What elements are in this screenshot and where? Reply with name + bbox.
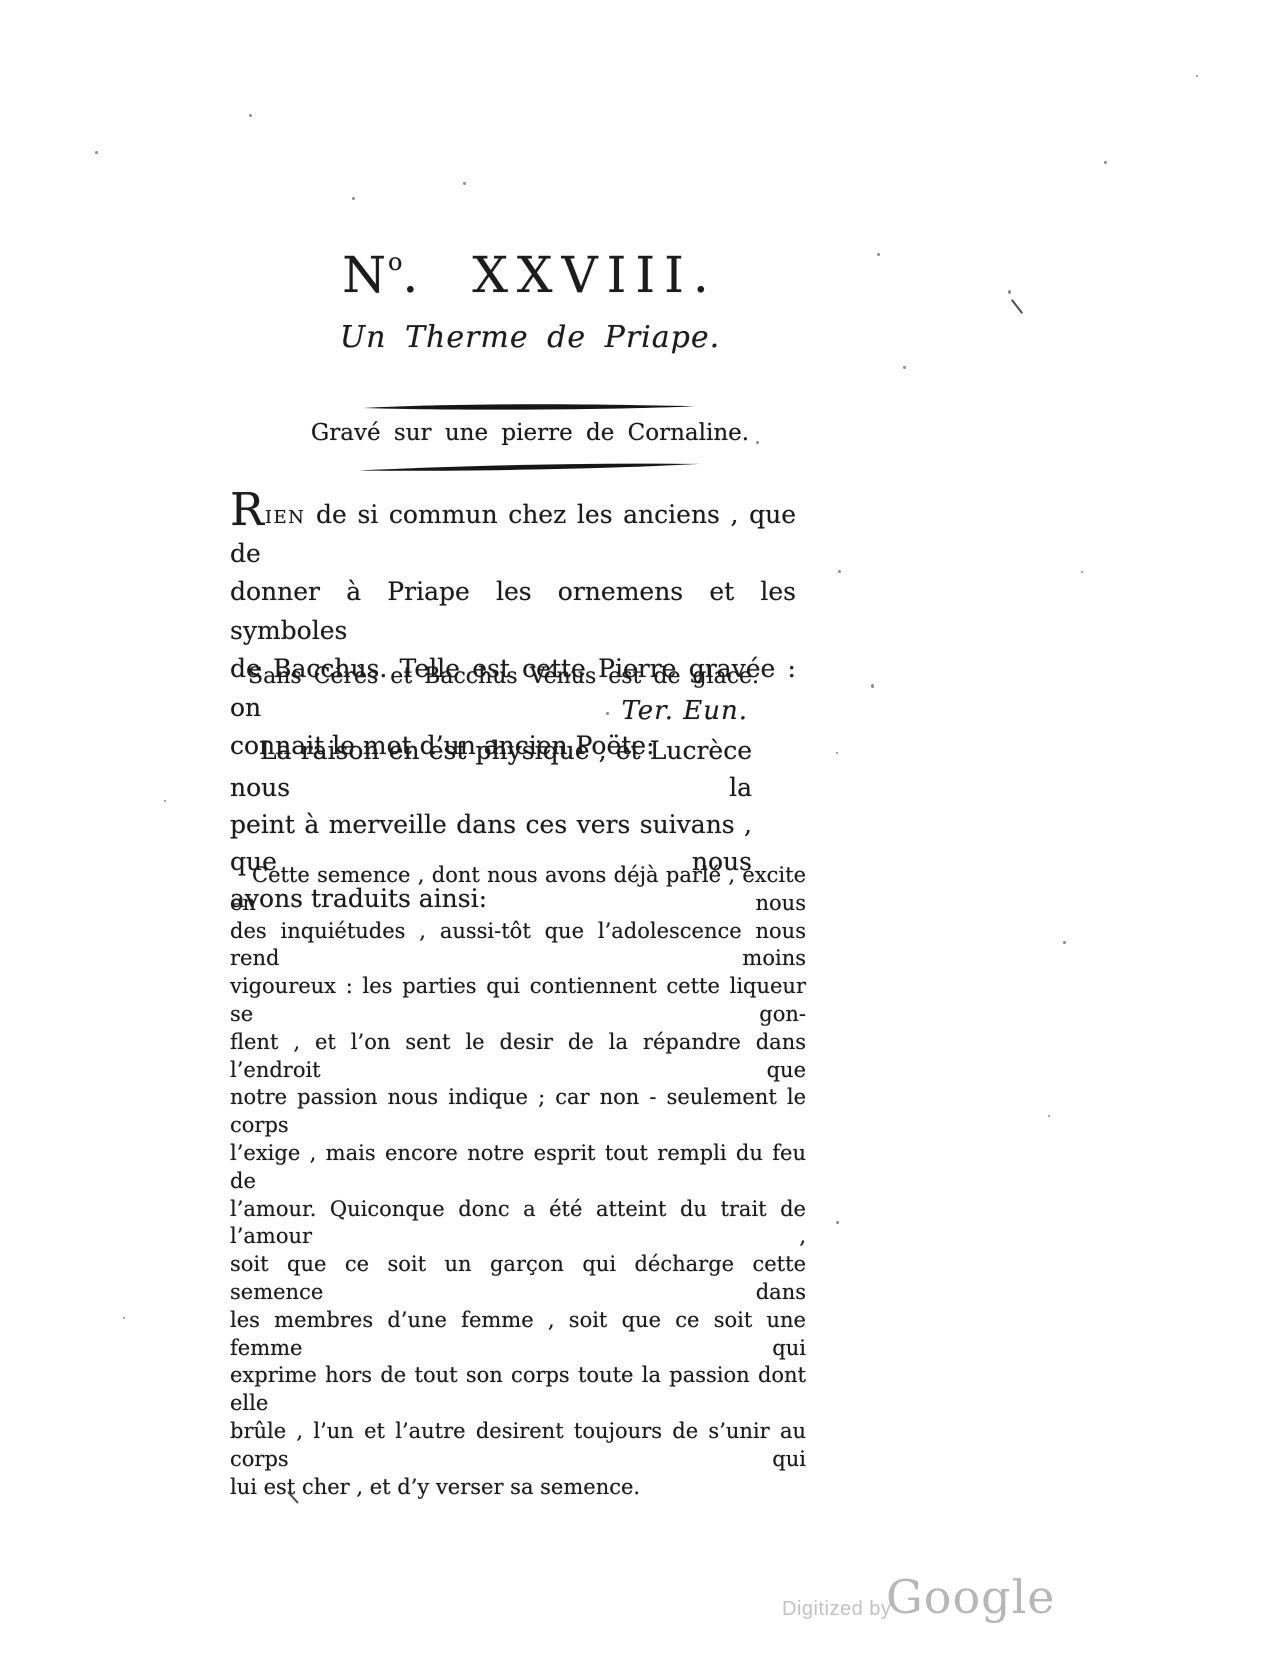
scanned-book-page: No.XXVIII. Un Therme de Priape. Gravé su… (0, 0, 1280, 1655)
line-text: de si commun chez les anciens , que de (230, 500, 796, 568)
small-caps-continuation: ien (265, 500, 306, 530)
ornamental-rule-bottom (230, 455, 830, 479)
translation-line: flent , et l’on sent le desir de la répa… (230, 1029, 806, 1085)
translation-line: brûle , l’un et l’autre desirent toujour… (230, 1418, 806, 1474)
chapter-number-superscript: o (388, 248, 402, 276)
translation-line: les membres d’une femme , soit que ce so… (230, 1307, 806, 1363)
translation-line: notre passion nous indique ; car non - s… (230, 1084, 806, 1140)
scan-speck (164, 800, 166, 802)
chapter-number-roman: XXVIII. (472, 246, 717, 304)
translation-line: Cette semence , dont nous avons déjà par… (230, 862, 806, 918)
digitized-by-label: Digitized by (782, 1598, 891, 1621)
chapter-number-dot: . (402, 246, 420, 304)
scan-speck (1196, 75, 1198, 77)
quote-attribution: Ter. Eun. (230, 696, 748, 726)
scan-speck (877, 253, 880, 256)
translation-line: l’exige , mais encore notre esprit tout … (230, 1140, 806, 1196)
chapter-number: No.XXVIII. (230, 246, 830, 304)
translation-line: soit que ce soit un garçon qui décharge … (230, 1251, 806, 1307)
scan-speck (249, 114, 252, 117)
scan-speck (1081, 571, 1083, 573)
scan-speck (123, 1317, 125, 1319)
scan-speck (836, 752, 838, 754)
scan-speck (756, 441, 759, 444)
google-logo: Google (886, 1570, 1056, 1624)
chapter-number-n: N (342, 246, 388, 304)
scan-speck (606, 712, 609, 715)
scan-speck (1008, 290, 1011, 294)
scan-speck (836, 1221, 839, 1224)
translation-line: lui est cher , et d’y verser sa semence. (230, 1474, 806, 1502)
ornamental-rule-top (230, 398, 830, 417)
scan-mark (1011, 299, 1023, 314)
paragraph-intro-line: donner à Priape les ornemens et les symb… (230, 573, 796, 650)
chapter-subtitle: Un Therme de Priape. (230, 320, 830, 355)
translation-line: exprime hors de tout son corps toute la … (230, 1362, 806, 1418)
drop-cap-initial: R (230, 483, 264, 536)
scan-speck (1104, 161, 1107, 164)
translation-line: vigoureux : les parties qui contiennent … (230, 973, 806, 1029)
translation-line: des inquiétudes , aussi-tôt que l’adoles… (230, 918, 806, 974)
scan-speck (1063, 941, 1066, 944)
scan-speck (463, 182, 466, 185)
scan-speck (871, 684, 874, 688)
scan-speck (352, 197, 355, 200)
scan-speck (838, 570, 841, 573)
paragraph-translation: Cette semence , dont nous avons déjà par… (230, 862, 806, 1501)
scan-speck (95, 151, 98, 154)
translation-line: l’amour. Quiconque donc a été atteint du… (230, 1196, 806, 1252)
verse-quote: Sans Cérès et Bacchus Vénus est de glace… (248, 664, 759, 689)
engraving-caption: Gravé sur une pierre de Cornaline. (230, 420, 830, 446)
scan-speck (1048, 1115, 1050, 1117)
paragraph-intro-line: Rien de si commun chez les anciens , que… (230, 496, 796, 573)
scan-speck (903, 366, 906, 369)
paragraph-transition-line: La raison en est physique , et Lucrèce n… (230, 732, 752, 806)
